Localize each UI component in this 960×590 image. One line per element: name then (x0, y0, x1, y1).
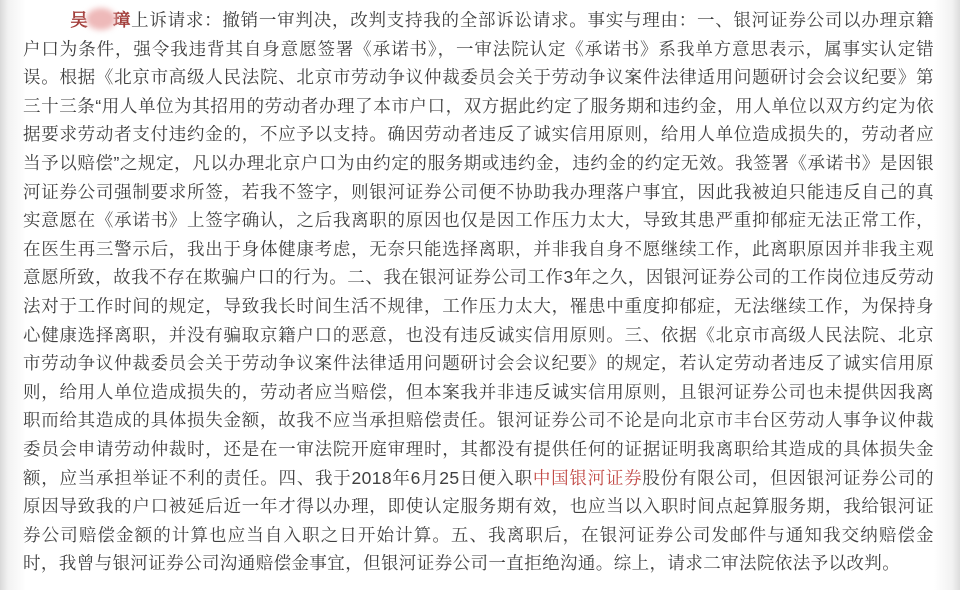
legal-document-page: 吴璋上诉请求：撤销一审判决，改判支持我的全部诉讼请求。事实与理由：一、银河证券公… (0, 0, 960, 590)
appeal-body-text-1: 上诉请求：撤销一审判决，改判支持我的全部诉讼请求。事实与理由：一、银河证券公司以… (23, 10, 934, 488)
company-name-highlight: 中国银河证券 (533, 468, 642, 488)
redacted-character-blur (86, 8, 116, 30)
appeal-paragraph: 吴璋上诉请求：撤销一审判决，改判支持我的全部诉讼请求。事实与理由：一、银河证券公… (23, 6, 934, 578)
